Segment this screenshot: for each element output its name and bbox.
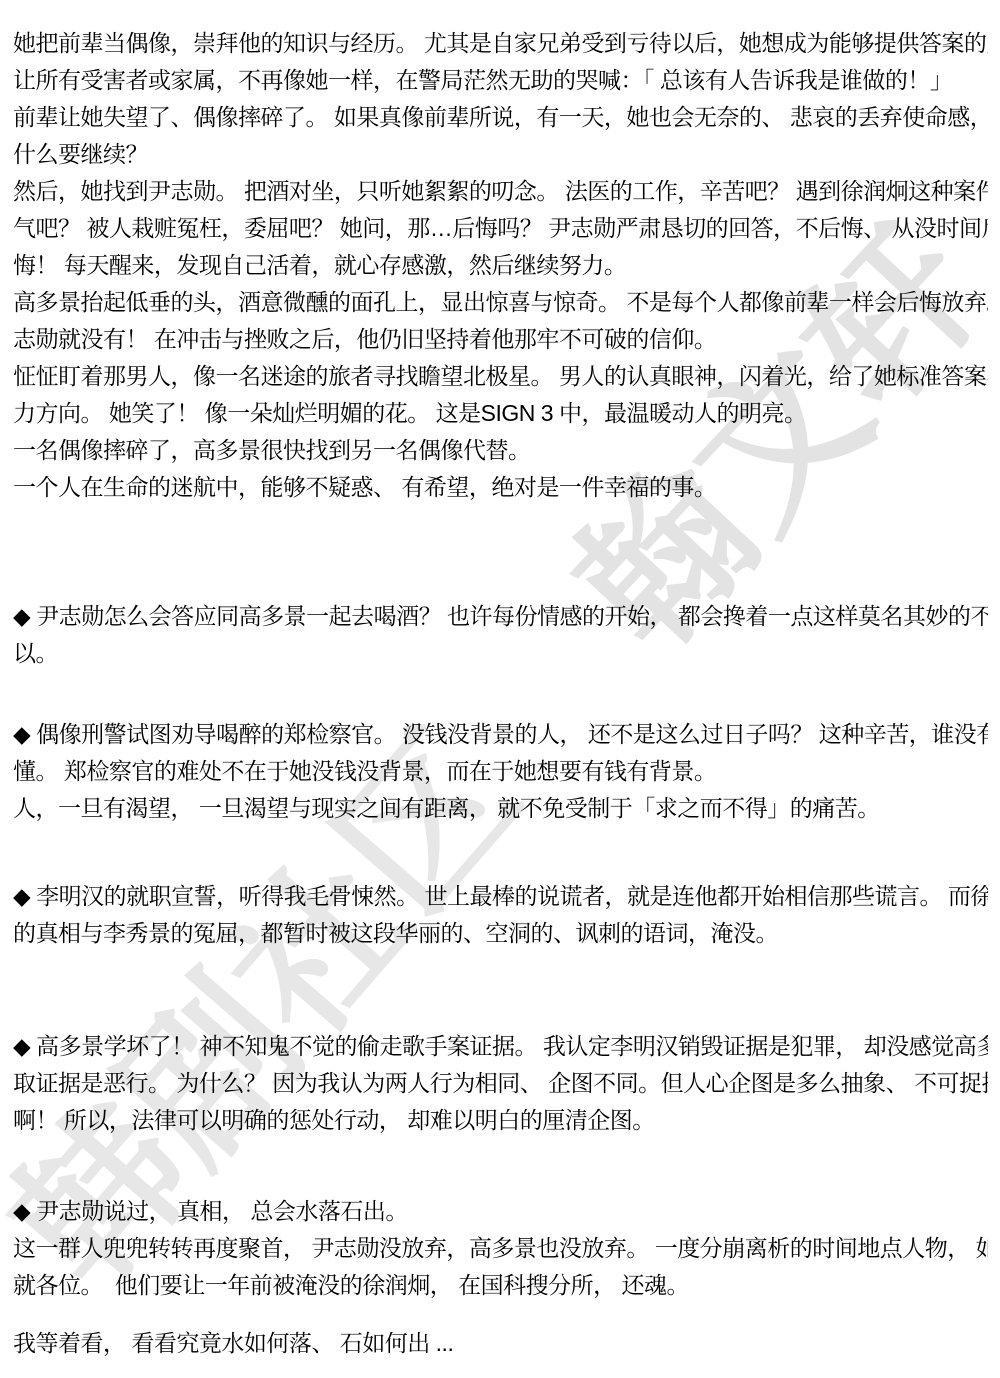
article-content: 她把前辈当偶像，崇拜他的知识与经历。 尤其是自家兄弟受到亏待以后，她想成为能够提… [0,0,1000,1362]
closing-paragraph: 我等着看， 看看究竟水如何落、 石如何出 ... [13,1325,988,1362]
bullet-paragraph-4: ◆ 高多景学坏了！ 神不知鬼不觉的偷走歌手案证据。 我认定李明汉销毁证据是犯罪，… [13,1028,988,1139]
intro-paragraph: 她把前辈当偶像，崇拜他的知识与经历。 尤其是自家兄弟受到亏待以后，她想成为能够提… [13,25,988,506]
bullet-paragraph-1: ◆ 尹志勋怎么会答应同高多景一起去喝酒？ 也许每份情感的开始， 都会搀着一点这样… [13,598,988,672]
bullet-paragraph-3: ◆ 李明汉的就职宣誓，听得我毛骨悚然。 世上最棒的说谎者，就是连他都开始相信那些… [13,878,988,952]
bullet-paragraph-2: ◆ 偶像刑警试图劝导喝醉的郑检察官。 没钱没背景的人， 还不是这么过日子吗？ 这… [13,716,988,827]
bullet-paragraph-5: ◆ 尹志勋说过， 真相， 总会水落石出。 这一群人兜兜转转再度聚首， 尹志勋没放… [13,1193,988,1304]
document-page: 翰文轩 韩剧社区 她把前辈当偶像，崇拜他的知识与经历。 尤其是自家兄弟受到亏待以… [0,0,1000,1378]
